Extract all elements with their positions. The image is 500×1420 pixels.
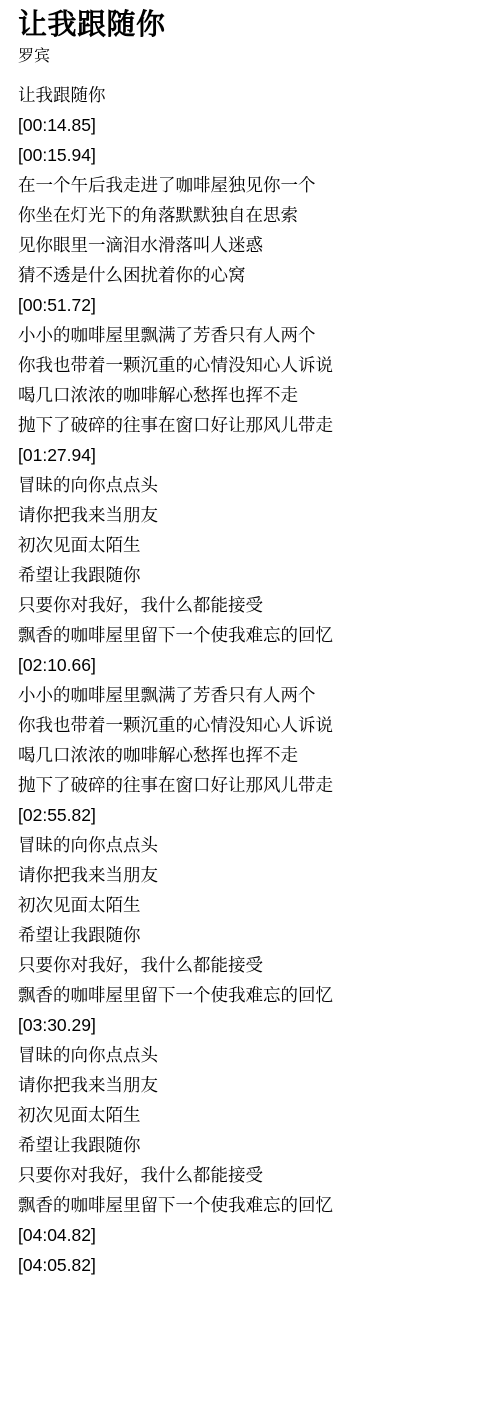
lyric-line: 请你把我来当朋友 bbox=[18, 1070, 480, 1100]
lyric-line: 希望让我跟随你 bbox=[18, 560, 480, 590]
lyrics-page: 让我跟随你 罗宾 让我跟随你[00:14.85][00:15.94]在一个午后我… bbox=[0, 0, 500, 1420]
lyric-line: 请你把我来当朋友 bbox=[18, 500, 480, 530]
lyric-line: 冒昧的向你点点头 bbox=[18, 470, 480, 500]
lyric-line: 初次见面太陌生 bbox=[18, 530, 480, 560]
lyric-line: 猜不透是什么困扰着你的心窝 bbox=[18, 260, 480, 290]
lyric-line: 小小的咖啡屋里飘满了芳香只有人两个 bbox=[18, 680, 480, 710]
lyric-line: 在一个午后我走进了咖啡屋独见你一个 bbox=[18, 170, 480, 200]
lyric-line: 抛下了破碎的往事在窗口好让那风儿带走 bbox=[18, 410, 480, 440]
song-title: 让我跟随你 bbox=[18, 8, 480, 42]
lyric-line: 只要你对我好，我什么都能接受 bbox=[18, 590, 480, 620]
lyric-line: 初次见面太陌生 bbox=[18, 890, 480, 920]
lyric-line: 喝几口浓浓的咖啡解心愁挥也挥不走 bbox=[18, 740, 480, 770]
lyric-line: 冒昧的向你点点头 bbox=[18, 830, 480, 860]
lyric-line: 只要你对我好，我什么都能接受 bbox=[18, 950, 480, 980]
lyric-line: 喝几口浓浓的咖啡解心愁挥也挥不走 bbox=[18, 380, 480, 410]
lyric-line: 飘香的咖啡屋里留下一个使我难忘的回忆 bbox=[18, 980, 480, 1010]
lyric-line: 希望让我跟随你 bbox=[18, 920, 480, 950]
lyric-line: [02:10.66] bbox=[18, 650, 480, 680]
lyric-line: 你坐在灯光下的角落默默独自在思索 bbox=[18, 200, 480, 230]
lyrics-list: 让我跟随你[00:14.85][00:15.94]在一个午后我走进了咖啡屋独见你… bbox=[18, 80, 480, 1280]
artist-name: 罗宾 bbox=[18, 46, 480, 68]
lyric-line: 见你眼里一滴泪水滑落叫人迷惑 bbox=[18, 230, 480, 260]
lyric-line: 只要你对我好，我什么都能接受 bbox=[18, 1160, 480, 1190]
lyric-line: [03:30.29] bbox=[18, 1010, 480, 1040]
lyric-line: 小小的咖啡屋里飘满了芳香只有人两个 bbox=[18, 320, 480, 350]
lyric-line: 初次见面太陌生 bbox=[18, 1100, 480, 1130]
lyric-line: [04:04.82] bbox=[18, 1220, 480, 1250]
lyric-line: 希望让我跟随你 bbox=[18, 1130, 480, 1160]
lyric-line: [00:14.85] bbox=[18, 110, 480, 140]
lyric-line: 飘香的咖啡屋里留下一个使我难忘的回忆 bbox=[18, 620, 480, 650]
lyric-line: [00:15.94] bbox=[18, 140, 480, 170]
lyric-line: 抛下了破碎的往事在窗口好让那风儿带走 bbox=[18, 770, 480, 800]
lyric-line: [02:55.82] bbox=[18, 800, 480, 830]
lyric-line: 你我也带着一颗沉重的心情没知心人诉说 bbox=[18, 350, 480, 380]
lyric-line: 你我也带着一颗沉重的心情没知心人诉说 bbox=[18, 710, 480, 740]
lyric-line: [01:27.94] bbox=[18, 440, 480, 470]
lyric-line: [04:05.82] bbox=[18, 1250, 480, 1280]
lyric-line: 冒昧的向你点点头 bbox=[18, 1040, 480, 1070]
lyric-line: 让我跟随你 bbox=[18, 80, 480, 110]
lyric-line: 飘香的咖啡屋里留下一个使我难忘的回忆 bbox=[18, 1190, 480, 1220]
lyric-line: 请你把我来当朋友 bbox=[18, 860, 480, 890]
lyric-line: [00:51.72] bbox=[18, 290, 480, 320]
